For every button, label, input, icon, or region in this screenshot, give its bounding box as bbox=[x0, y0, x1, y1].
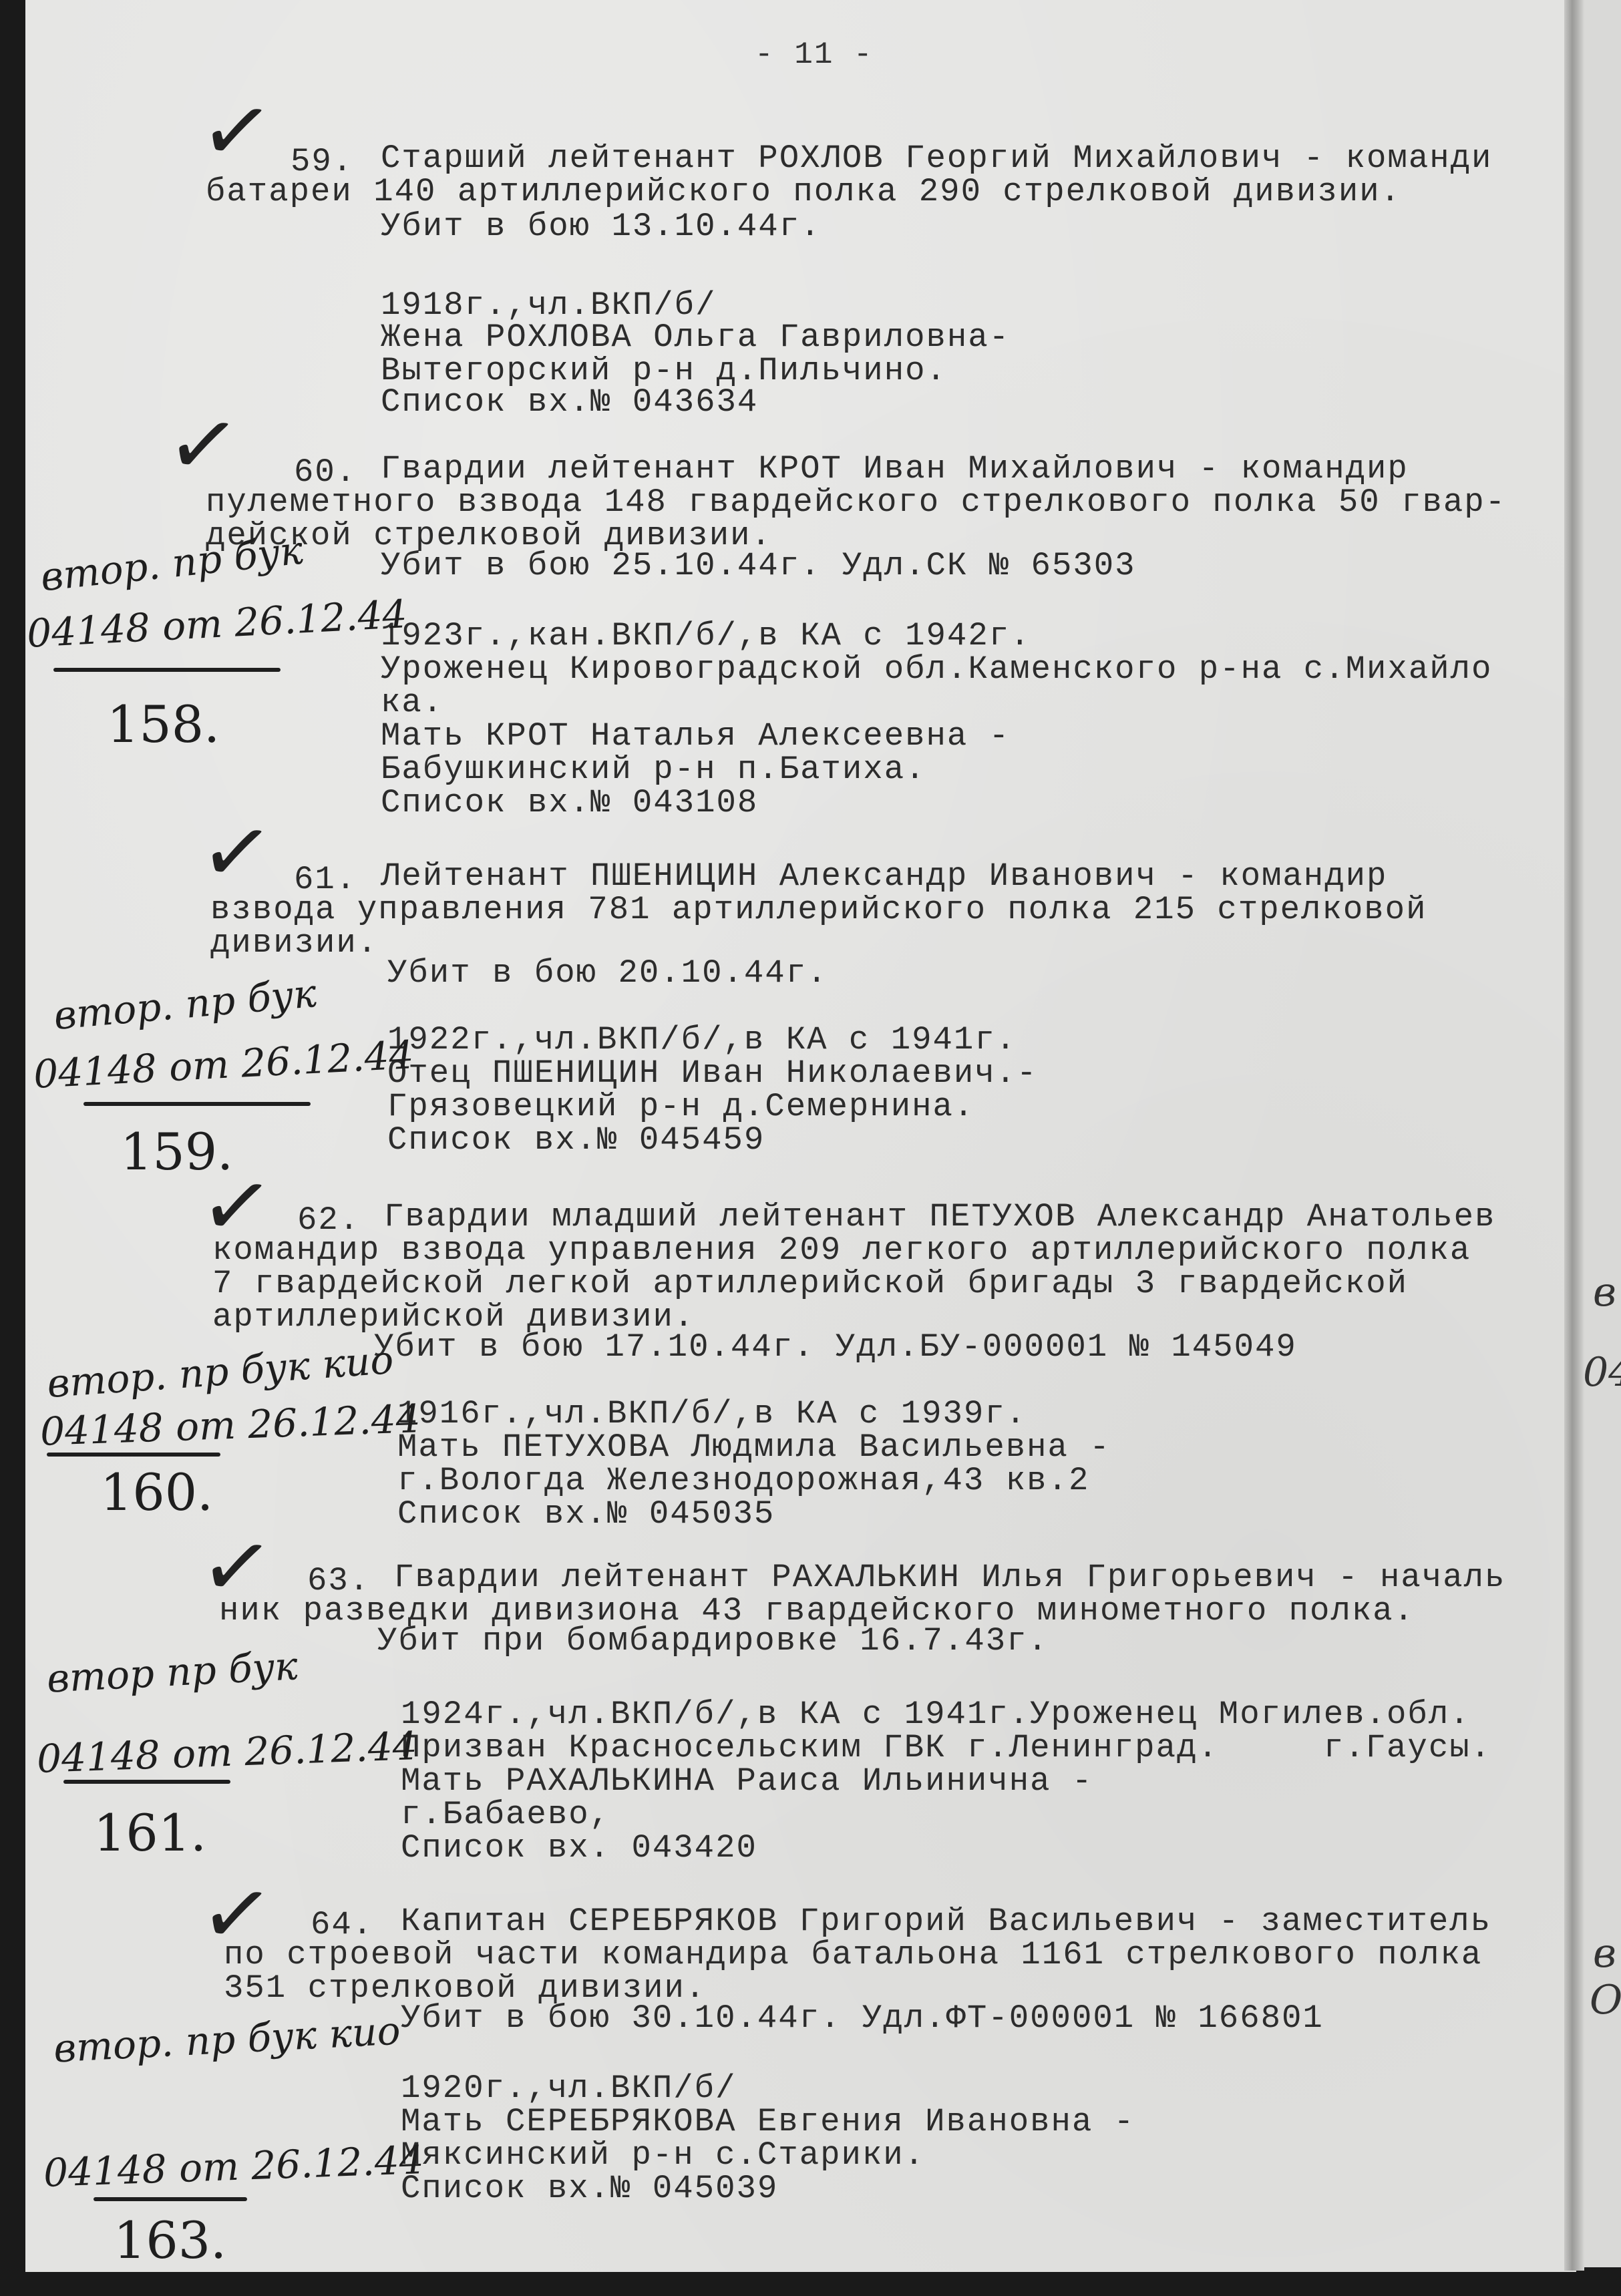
checkmark-icon: ✓ bbox=[194, 75, 280, 186]
page-number: - 11 - bbox=[755, 37, 874, 73]
entry-line: Убит в бою 30.10.44г. Удл.ФТ-000001 № 16… bbox=[401, 2000, 1324, 2036]
handwritten-seq: 158. bbox=[107, 695, 220, 754]
entry-detail: Мать СЕРЕБРЯКОВА Евгения Ивановна - bbox=[401, 2104, 1135, 2140]
adjacent-page-text: в bbox=[1593, 1269, 1616, 1316]
entry-line: Убит при бомбардировке 16.7.43г. bbox=[377, 1623, 1049, 1659]
entry-line: Капитан СЕРЕБРЯКОВ Григорий Васильевич -… bbox=[401, 1903, 1491, 1939]
entry-detail: 1918г.,чл.ВКП/б/ bbox=[381, 287, 716, 323]
entry-line: по строевой части командира батальона 11… bbox=[224, 1937, 1482, 1973]
entry-detail: Бабушкинский р-н п.Батиха. bbox=[381, 751, 926, 787]
entry-line: Гвардии младший лейтенант ПЕТУХОВ Алекса… bbox=[384, 1199, 1495, 1235]
adjacent-page-text: в bbox=[1593, 1930, 1616, 1977]
entry-detail: Призван Красносельским ГВК г.Ленинград. … bbox=[401, 1730, 1491, 1766]
entry-detail: Список вх.№ 043108 bbox=[381, 785, 758, 821]
entry-detail: Список вх. 043420 bbox=[401, 1830, 757, 1866]
entry-line: Лейтенант ПШЕНИЦИН Александр Иванович - … bbox=[381, 858, 1387, 894]
entry-detail: 1922г.,чл.ВКП/б/,в КА с 1941г. bbox=[387, 1022, 1017, 1058]
binding-spine bbox=[1564, 0, 1584, 2271]
entry-detail: 1920г.,чл.ВКП/б/ bbox=[401, 2070, 736, 2106]
entry-line: дивизии. bbox=[210, 925, 378, 961]
handwritten-seq: 163. bbox=[114, 2211, 226, 2270]
entry-detail: ка. bbox=[381, 685, 443, 721]
adjacent-page-text: 04 bbox=[1583, 1349, 1621, 1396]
entry-detail: г.Вологда Железнодорожная,43 кв.2 bbox=[397, 1463, 1089, 1499]
handwritten-underline bbox=[47, 1453, 220, 1457]
entry-detail: Отец ПШЕНИЦИН Иван Николаевич.- bbox=[387, 1055, 1038, 1091]
handwritten-seq: 160. bbox=[100, 1463, 213, 1522]
entry-line: Убит в бою 13.10.44г. bbox=[381, 208, 822, 244]
entry-line: 7 гвардейской легкой артиллерийской бриг… bbox=[212, 1266, 1408, 1302]
entry-line: командир взвода управления 209 легкого а… bbox=[212, 1232, 1471, 1268]
entry-line: Убит в бою 20.10.44г. bbox=[387, 955, 828, 991]
entry-detail: Мать КРОТ Наталья Алексеевна - bbox=[381, 718, 1010, 754]
entry-detail: Мать ПЕТУХОВА Людмила Васильевна - bbox=[397, 1429, 1111, 1465]
entry-detail: Список вх.№ 043634 bbox=[381, 384, 758, 420]
entry-detail: Мать РАХАЛЬКИНА Раиса Ильинична - bbox=[401, 1763, 1093, 1799]
entry-line: Убит в бою 17.10.44г. Удл.БУ-000001 № 14… bbox=[374, 1329, 1297, 1365]
entry-detail: Список вх.№ 045459 bbox=[387, 1122, 765, 1158]
entry-detail: Жена РОХЛОВА Ольга Гавриловна- bbox=[381, 319, 1010, 355]
entry-detail: 1923г.,кан.ВКП/б/,в КА с 1942г. bbox=[381, 618, 1031, 654]
adjacent-page-edge bbox=[1584, 0, 1621, 2267]
handwritten-underline bbox=[83, 1102, 311, 1106]
entry-detail: Уроженец Кировоградской обл.Каменского р… bbox=[381, 651, 1492, 687]
entry-detail: г.Бабаево, bbox=[401, 1796, 610, 1833]
entry-detail: Грязовецкий р-н д.Семернина. bbox=[387, 1089, 974, 1125]
entry-line: батареи 140 артиллерийского полка 290 ст… bbox=[206, 174, 1401, 210]
handwritten-underline bbox=[53, 668, 281, 672]
entry-detail: Список вх.№ 045035 bbox=[397, 1496, 775, 1532]
entry-detail: Список вх.№ 045039 bbox=[401, 2170, 778, 2207]
entry-line: Убит в бою 25.10.44г. Удл.СК № 65303 bbox=[381, 548, 1136, 584]
entry-line: Старший лейтенант РОХЛОВ Георгий Михайло… bbox=[381, 140, 1492, 176]
entry-detail: 1916г.,чл.ВКП/б/,в КА с 1939г. bbox=[397, 1396, 1027, 1432]
handwritten-underline bbox=[63, 1780, 230, 1784]
entry-detail: Мяксинский р-н с.Старики. bbox=[401, 2137, 925, 2173]
entry-line: Гвардии лейтенант РАХАЛЬКИН Илья Григорь… bbox=[394, 1559, 1505, 1595]
entry-detail: 1924г.,чл.ВКП/б/,в КА с 1941г.Уроженец М… bbox=[401, 1696, 1471, 1732]
handwritten-seq: 161. bbox=[94, 1803, 206, 1863]
adjacent-page-text: О bbox=[1590, 1977, 1621, 2024]
handwritten-underline bbox=[94, 2197, 247, 2201]
entry-line: взвода управления 781 артиллерийского по… bbox=[210, 892, 1427, 928]
entry-line: пулеметного взвода 148 гвардейского стре… bbox=[206, 484, 1506, 520]
entry-line: Гвардии лейтенант КРОТ Иван Михайлович -… bbox=[381, 451, 1409, 487]
